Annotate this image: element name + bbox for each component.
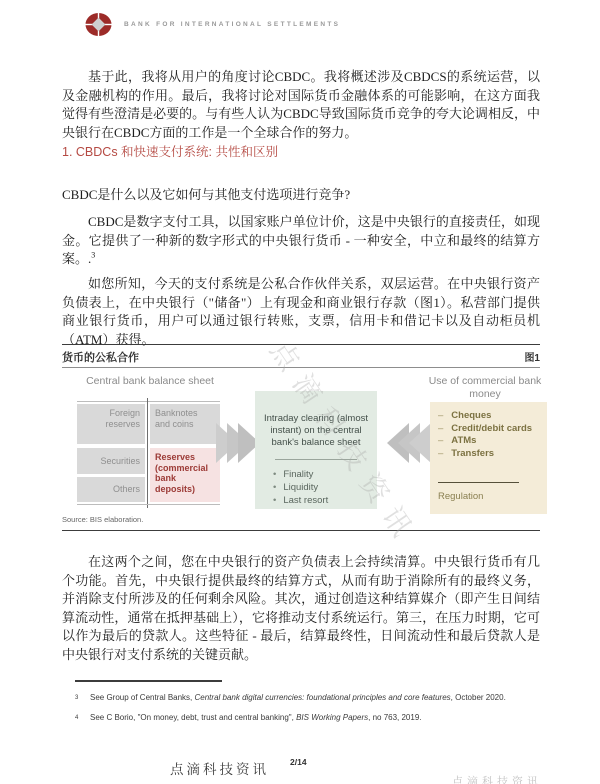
document-page: BANK FOR INTERNATIONAL SETTLEMENTS 基于此，我… [0,0,600,784]
section-heading: 1. CBDCs 和快速支付系统: 共性和区别 [62,142,540,160]
figure-title: 货币的公私合作 [62,349,139,365]
list-item: Finality [273,468,369,481]
figure-top-rule [62,344,540,345]
footnote-3: 3See Group of Central Banks, Central ban… [75,693,535,703]
chevrons-right-icon [216,423,260,463]
question-line: CBDC是什么以及它如何与其他支付选项进行竞争? [62,186,540,205]
list-item: Credit/debit cards [438,423,539,436]
figure-bottom-rule [62,530,540,531]
footnote-text: See C Borio, "On money, debt, trust and … [90,713,296,722]
list-item: Liquidity [273,481,369,494]
left-column-heading: Central bank balance sheet [80,375,220,388]
green-box-divider [275,459,358,460]
commercial-bank-money-box: Cheques Credit/debit cards ATMs Transfer… [430,402,547,514]
list-item: Transfers [438,448,539,461]
cell-others: Others [77,477,145,502]
cell-reserves: Reserves (commercial bank deposits) [150,448,220,502]
figure-under-title-rule [62,367,540,368]
intraday-clearing-title: Intraday clearing (almost instant) on th… [263,413,369,449]
figure-title-row: 货币的公私合作 图1 [62,349,540,365]
list-item: ATMs [438,435,539,448]
footnote-text: , October 2020. [451,693,506,702]
balance-sheet-top-line [77,401,220,402]
bis-logo-icon [85,12,112,37]
balance-sheet-table: Foreign reserves Securities Others Bankn… [77,401,220,505]
list-item: Cheques [438,410,539,423]
paragraph-settlement: 在这两个之间，您在中央银行的资产负债表上会持续清算。中央银行货币有几个功能。首先… [62,553,540,665]
footnote-text: , no 763, 2019. [368,713,421,722]
balance-sheet-bottom-line [77,504,220,505]
header: BANK FOR INTERNATIONAL SETTLEMENTS [85,12,340,37]
footnote-marker: 3 [75,693,90,703]
chevrons-left-icon [387,423,431,463]
footnote-ref-3: 3 [91,251,95,260]
balance-sheet-divider [147,398,148,508]
paragraph-intro: 基于此，我将从用户的角度讨论CBDC。我将概述涉及CBDCS的系统运营，以及金融… [62,68,540,142]
cell-foreign-reserves: Foreign reserves [77,404,145,444]
list-item: Last resort [273,494,369,507]
paragraph-two-tier: 如您所知，今天的支付系统是公私合作伙伴关系，双层运营。在中央银行资产负债表上，在… [62,275,540,349]
cell-banknotes: Banknotes and coins [150,404,220,444]
paragraph-cbdc-definition: CBDC是数字支付工具，以国家账户单位计价，这是中央银行的直接责任，如现金。它提… [62,213,540,269]
central-bank-functions-list: Finality Liquidity Last resort [263,468,369,507]
corner-watermark: 点滴科技资讯 [452,773,542,784]
cell-securities: Securities [77,448,145,474]
beige-box-divider [438,482,519,483]
chevron-left-icon [409,423,431,463]
footnote-marker: 4 [75,713,90,723]
intraday-clearing-box: Intraday clearing (almost instant) on th… [255,391,377,509]
figure-label: 图1 [524,349,540,365]
footnote-separator [75,680,222,682]
footnote-italic: Central bank digital currencies: foundat… [195,693,451,702]
brand-text: BANK FOR INTERNATIONAL SETTLEMENTS [124,21,340,28]
right-column-heading: Use of commercial bank money [422,375,548,401]
footer-watermark: 点滴科技资讯 [170,758,269,778]
footnote-text: See Group of Central Banks, [90,693,195,702]
regulation-label: Regulation [438,491,539,502]
footnote-4: 4See C Borio, "On money, debt, trust and… [75,713,535,723]
page-number: 2/14 [290,757,307,767]
footnote-italic: BIS Working Papers [296,713,368,722]
figure-source: Source: BIS elaboration. [62,515,143,524]
payment-instruments-list: Cheques Credit/debit cards ATMs Transfer… [438,410,539,460]
paragraph-cbdc-text: CBDC是数字支付工具，以国家账户单位计价，这是中央银行的直接责任，如现金。它提… [62,214,540,266]
